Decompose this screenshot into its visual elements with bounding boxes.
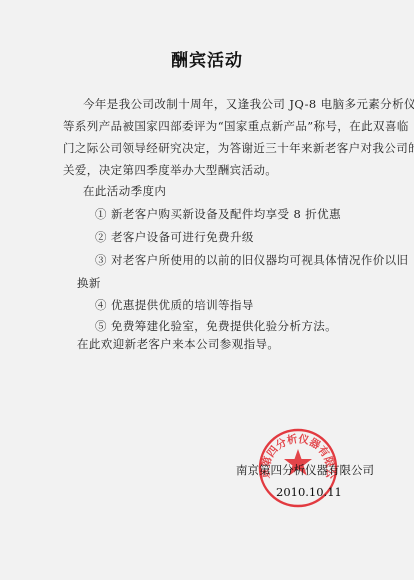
offer-item-5: ⑤ 免费筹建化验室，免费提供化验分析方法。	[95, 319, 337, 333]
offer-item-4: ④ 优惠提供优质的培训等指导	[95, 298, 254, 312]
closing-line: 在此欢迎新老客户来本公司参观指导。	[77, 337, 279, 351]
signature-company: 南京第四分析仪器有限公司	[236, 463, 374, 477]
intro-line-2: 等系列产品被国家四部委评为“国家重点新产品”称号，在此双喜临	[63, 119, 409, 133]
offer-item-1: ① 新老客户购买新设备及配件均享受 8 折优惠	[95, 207, 341, 221]
offer-item-2: ② 老客户设备可进行免费升级	[95, 230, 254, 244]
intro-line-1: 今年是我公司改制十周年，又逢我公司 JQ-8 电脑多元素分析仪	[83, 97, 414, 111]
intro-line-4: 关爱，决定第四季度举办大型酬宾活动。	[63, 163, 277, 177]
period-label: 在此活动季度内	[83, 184, 166, 198]
document-title: 酬宾活动	[0, 46, 414, 71]
signature-date: 2010.10.11	[276, 485, 342, 499]
document-page: 酬宾活动 今年是我公司改制十周年，又逢我公司 JQ-8 电脑多元素分析仪 等系列…	[0, 0, 414, 580]
intro-line-3: 门之际公司领导经研究决定，为答谢近三十年来新老客户对我公司的	[63, 141, 414, 155]
offer-item-3: ③ 对老客户所使用的以前的旧仪器均可视具体情况作价以旧	[95, 253, 408, 267]
offer-item-3-continuation: 换新	[77, 276, 101, 290]
